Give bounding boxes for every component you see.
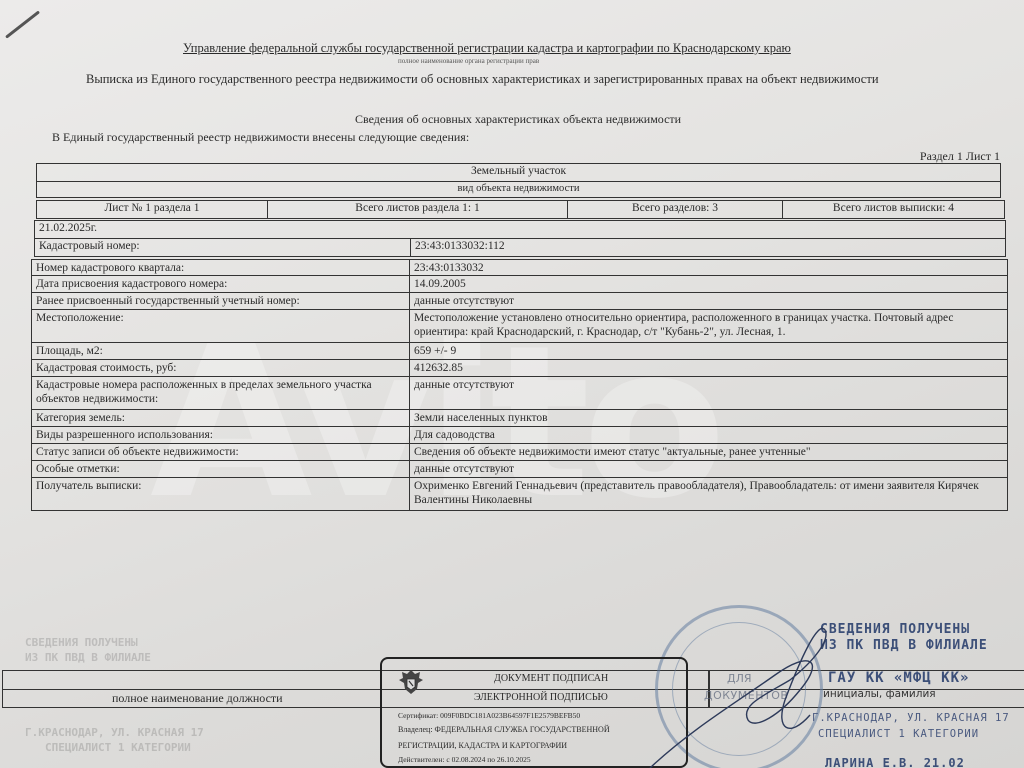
object-type-row: Земельный участок bbox=[36, 163, 1001, 182]
field-label: Дата присвоения кадастрового номера: bbox=[32, 276, 409, 292]
field-label: Кадастровая стоимость, руб: bbox=[32, 360, 409, 376]
coat-of-arms-icon bbox=[396, 667, 426, 697]
organization-title: Управление федеральной службы государств… bbox=[183, 41, 791, 56]
cadastral-number-value: 23:43:0133032:112 bbox=[410, 239, 1005, 256]
certificate-number: Сертификат: 009F0BDC181A023B64597F1E2579… bbox=[398, 711, 580, 720]
field-value: данные отсутствуют bbox=[409, 293, 1007, 309]
certificate-validity: Действителен: с 02.08.2024 по 26.10.2025 bbox=[398, 755, 531, 764]
organization-caption: полное наименование органа регистрации п… bbox=[398, 57, 539, 65]
field-label: Категория земель: bbox=[32, 410, 409, 426]
field-value: данные отсутствуют bbox=[409, 377, 1007, 409]
field-value: Земли населенных пунктов bbox=[409, 410, 1007, 426]
mfc-stamp-line-4: Г.КРАСНОДАР, УЛ. КРАСНАЯ 17 bbox=[812, 712, 1010, 724]
mfc-stamp-line-6: ЛАРИНА Е.В. 21.02 bbox=[825, 756, 965, 768]
mfc-stamp-line-3: ГАУ КК «МФЦ КК» bbox=[828, 670, 969, 686]
field-label: Ранее присвоенный государственный учетны… bbox=[32, 293, 409, 309]
mfc-stamp-line-5: СПЕЦИАЛИСТ 1 КАТЕГОРИИ bbox=[818, 728, 979, 740]
ghost-text-4: СПЕЦИАЛИСТ 1 КАТЕГОРИИ bbox=[45, 741, 191, 754]
ghost-text-2: ИЗ ПК ПВД В ФИЛИАЛЕ bbox=[25, 651, 151, 664]
certificate-owner-1: Владелец: ФЕДЕРАЛЬНАЯ СЛУЖБА ГОСУДАРСТВЕ… bbox=[398, 725, 610, 734]
intro-text: В Единый государственный реестр недвижим… bbox=[52, 130, 469, 145]
table-row: Виды разрешенного использования:Для садо… bbox=[31, 427, 1008, 444]
field-value: Местоположение установлено относительно … bbox=[409, 310, 1007, 342]
section-reference: Раздел 1 Лист 1 bbox=[920, 149, 1000, 164]
signature-title-1: ДОКУМЕНТ ПОДПИСАН bbox=[494, 673, 608, 684]
mfc-stamp-line-1: СВЕДЕНИЯ ПОЛУЧЕНЫ bbox=[820, 622, 970, 637]
sheets-in-section: Всего листов раздела 1: 1 bbox=[267, 201, 567, 218]
table-row: Кадастровые номера расположенных в преде… bbox=[31, 377, 1008, 410]
field-value: Для садоводства bbox=[409, 427, 1007, 443]
table-row: Кадастровая стоимость, руб:412632.85 bbox=[31, 360, 1008, 377]
object-type-caption-row: вид объекта недвижимости bbox=[36, 181, 1001, 198]
field-label: Площадь, м2: bbox=[32, 343, 409, 359]
table-row: Дата присвоения кадастрового номера:14.0… bbox=[31, 276, 1008, 293]
table-row: Номер кадастрового квартала:23:43:013303… bbox=[31, 259, 1008, 276]
date-row: 21.02.2025г. bbox=[34, 220, 1006, 239]
table-row: Ранее присвоенный государственный учетны… bbox=[31, 293, 1008, 310]
extract-date: 21.02.2025г. bbox=[35, 221, 1005, 238]
table-row: Местоположение:Местоположение установлен… bbox=[31, 310, 1008, 343]
signature-title-2: ЭЛЕКТРОННОЙ ПОДПИСЬЮ bbox=[474, 692, 608, 703]
table-row: Получатель выписки:Охрименко Евгений Ген… bbox=[31, 478, 1008, 511]
sheet-number: Лист № 1 раздела 1 bbox=[37, 201, 267, 218]
field-value: 659 +/- 9 bbox=[409, 343, 1007, 359]
ghost-text-1: СВЕДЕНИЯ ПОЛУЧЕНЫ bbox=[25, 636, 138, 649]
object-type: Земельный участок bbox=[37, 164, 1000, 181]
position-caption: полное наименование должности bbox=[112, 691, 283, 706]
cadastral-number-label: Кадастровый номер: bbox=[35, 239, 410, 256]
table-row: Площадь, м2:659 +/- 9 bbox=[31, 343, 1008, 360]
field-value: Охрименко Евгений Геннадьевич (представи… bbox=[409, 478, 1007, 510]
sheets-total: Всего листов выписки: 4 bbox=[782, 201, 1004, 218]
cadastral-number-row: Кадастровый номер: 23:43:0133032:112 bbox=[34, 238, 1006, 257]
field-label: Особые отметки: bbox=[32, 461, 409, 477]
field-label: Номер кадастрового квартала: bbox=[32, 260, 409, 275]
sections-total: Всего разделов: 3 bbox=[567, 201, 782, 218]
object-type-caption: вид объекта недвижимости bbox=[37, 182, 1000, 197]
table-row: Категория земель:Земли населенных пункто… bbox=[31, 410, 1008, 427]
field-value: 14.09.2005 bbox=[409, 276, 1007, 292]
field-label: Получатель выписки: bbox=[32, 478, 409, 510]
table-row: Особые отметки:данные отсутствуют bbox=[31, 461, 1008, 478]
mfc-stamp-line-2: ИЗ ПК ПВД В ФИЛИАЛЕ bbox=[820, 638, 988, 653]
characteristics-table: Номер кадастрового квартала:23:43:013303… bbox=[31, 259, 1008, 511]
field-label: Кадастровые номера расположенных в преде… bbox=[32, 377, 409, 409]
field-label: Виды разрешенного использования: bbox=[32, 427, 409, 443]
document-title: Выписка из Единого государственного реес… bbox=[86, 72, 879, 87]
certificate-owner-2: РЕГИСТРАЦИИ, КАДАСТРА И КАРТОГРАФИИ bbox=[398, 741, 567, 750]
table-row: Статус записи об объекте недвижимости:Св… bbox=[31, 444, 1008, 461]
field-value: 23:43:0133032 bbox=[409, 260, 1007, 275]
pen-mark bbox=[5, 10, 40, 38]
sheet-info-row: Лист № 1 раздела 1 Всего листов раздела … bbox=[36, 200, 1005, 219]
field-label: Местоположение: bbox=[32, 310, 409, 342]
field-value: данные отсутствуют bbox=[409, 461, 1007, 477]
ghost-text-3: Г.КРАСНОДАР, УЛ. КРАСНАЯ 17 bbox=[25, 726, 204, 739]
field-label: Статус записи об объекте недвижимости: bbox=[32, 444, 409, 460]
handwritten-signature bbox=[640, 620, 840, 768]
section-title: Сведения об основных характеристиках объ… bbox=[355, 112, 681, 127]
field-value: 412632.85 bbox=[409, 360, 1007, 376]
field-value: Сведения об объекте недвижимости имеют с… bbox=[409, 444, 1007, 460]
